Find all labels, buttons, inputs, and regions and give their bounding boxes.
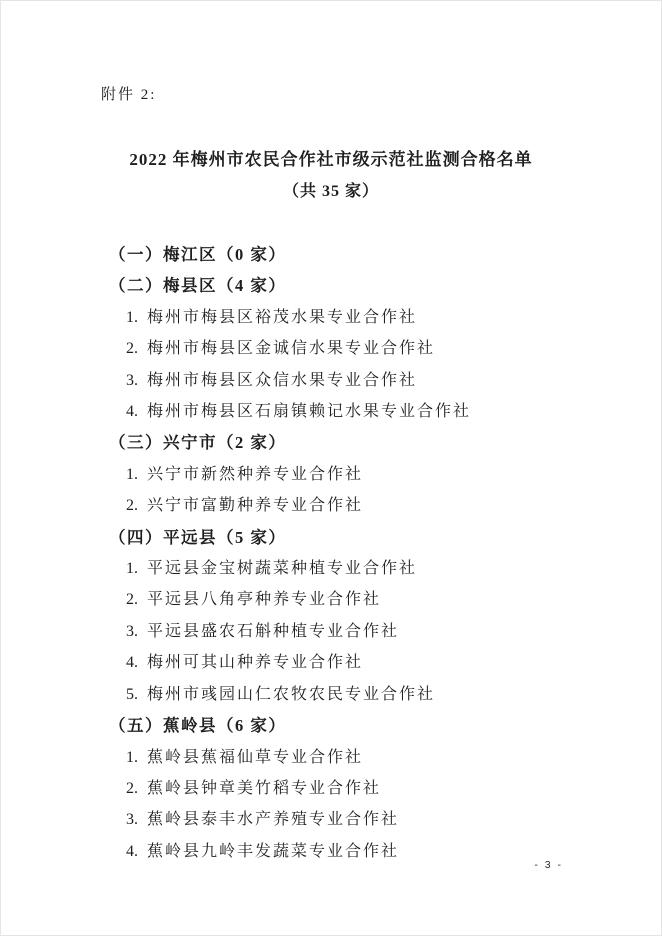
item-number: 4.: [126, 396, 138, 427]
doc-title: 2022 年梅州市农民合作社市级示范社监测合格名单: [1, 149, 661, 170]
item-name: 兴宁市富勤种养专业合作社: [147, 497, 363, 514]
item-number: 3.: [126, 616, 138, 647]
item-number: 1.: [126, 742, 138, 773]
attachment-label: 附件 2:: [1, 1, 661, 106]
list-item: 4.梅州可其山种养专业合作社: [109, 647, 581, 678]
item-name: 平远县盛农石斛种植专业合作社: [147, 623, 399, 640]
list-item: 1.兴宁市新然种养专业合作社: [109, 459, 581, 490]
section-heading-jiaoling: （五）蕉岭县（6 家）: [109, 710, 581, 741]
item-name: 梅州市梅县区裕茂水果专业合作社: [147, 309, 417, 326]
item-number: 4.: [126, 647, 138, 678]
item-name: 蕉岭县泰丰水产养殖专业合作社: [147, 811, 399, 828]
list-item: 1.梅州市梅县区裕茂水果专业合作社: [109, 302, 581, 333]
section-heading-xingning: （三）兴宁市（2 家）: [109, 427, 581, 458]
item-name: 梅州市梅县区石扇镇赖记水果专业合作社: [147, 403, 471, 420]
item-name: 梅州市梅县区众信水果专业合作社: [147, 372, 417, 389]
list-item: 4.蕉岭县九岭丰发蔬菜专业合作社: [109, 836, 581, 867]
document-page: 附件 2: 2022 年梅州市农民合作社市级示范社监测合格名单 （共 35 家）…: [0, 0, 662, 936]
item-number: 1.: [126, 459, 138, 490]
doc-subtitle: （共 35 家）: [1, 182, 661, 201]
item-name: 蕉岭县九岭丰发蔬菜专业合作社: [147, 843, 399, 860]
list-item: 2.平远县八角亭种养专业合作社: [109, 584, 581, 615]
item-name: 蕉岭县蕉福仙草专业合作社: [147, 749, 363, 766]
list-item: 3.梅州市梅县区众信水果专业合作社: [109, 365, 581, 396]
item-number: 2.: [126, 333, 138, 364]
item-name: 蕉岭县钟章美竹稻专业合作社: [147, 780, 381, 797]
item-number: 2.: [126, 490, 138, 521]
item-number: 3.: [126, 365, 138, 396]
item-name: 平远县金宝树蔬菜种植专业合作社: [147, 560, 417, 577]
list-item: 2.兴宁市富勤种养专业合作社: [109, 490, 581, 521]
item-number: 1.: [126, 302, 138, 333]
item-number: 1.: [126, 553, 138, 584]
list-item: 5.梅州市彧园山仁农牧农民专业合作社: [109, 679, 581, 710]
list-item: 3.平远县盛农石斛种植专业合作社: [109, 616, 581, 647]
page-number: - 3 -: [534, 859, 563, 871]
item-name: 梅州可其山种养专业合作社: [147, 654, 363, 671]
list-item: 1.平远县金宝树蔬菜种植专业合作社: [109, 553, 581, 584]
section-heading-pingyuan: （四）平远县（5 家）: [109, 522, 581, 553]
list-item: 2.梅州市梅县区金诚信水果专业合作社: [109, 333, 581, 364]
list-item: 2.蕉岭县钟章美竹稻专业合作社: [109, 773, 581, 804]
item-name: 平远县八角亭种养专业合作社: [147, 591, 381, 608]
item-name: 梅州市彧园山仁农牧农民专业合作社: [147, 686, 435, 703]
item-number: 2.: [126, 584, 138, 615]
item-number: 4.: [126, 836, 138, 867]
item-name: 梅州市梅县区金诚信水果专业合作社: [147, 340, 435, 357]
list-item: 4.梅州市梅县区石扇镇赖记水果专业合作社: [109, 396, 581, 427]
item-name: 兴宁市新然种养专业合作社: [147, 466, 363, 483]
item-number: 5.: [126, 679, 138, 710]
list-item: 3.蕉岭县泰丰水产养殖专业合作社: [109, 804, 581, 835]
item-number: 3.: [126, 804, 138, 835]
sections-list: （一）梅江区（0 家） （二）梅县区（4 家） 1.梅州市梅县区裕茂水果专业合作…: [1, 239, 661, 867]
section-heading-meijiang: （一）梅江区（0 家）: [109, 239, 581, 270]
item-number: 2.: [126, 773, 138, 804]
list-item: 1.蕉岭县蕉福仙草专业合作社: [109, 742, 581, 773]
section-heading-meixian: （二）梅县区（4 家）: [109, 270, 581, 301]
